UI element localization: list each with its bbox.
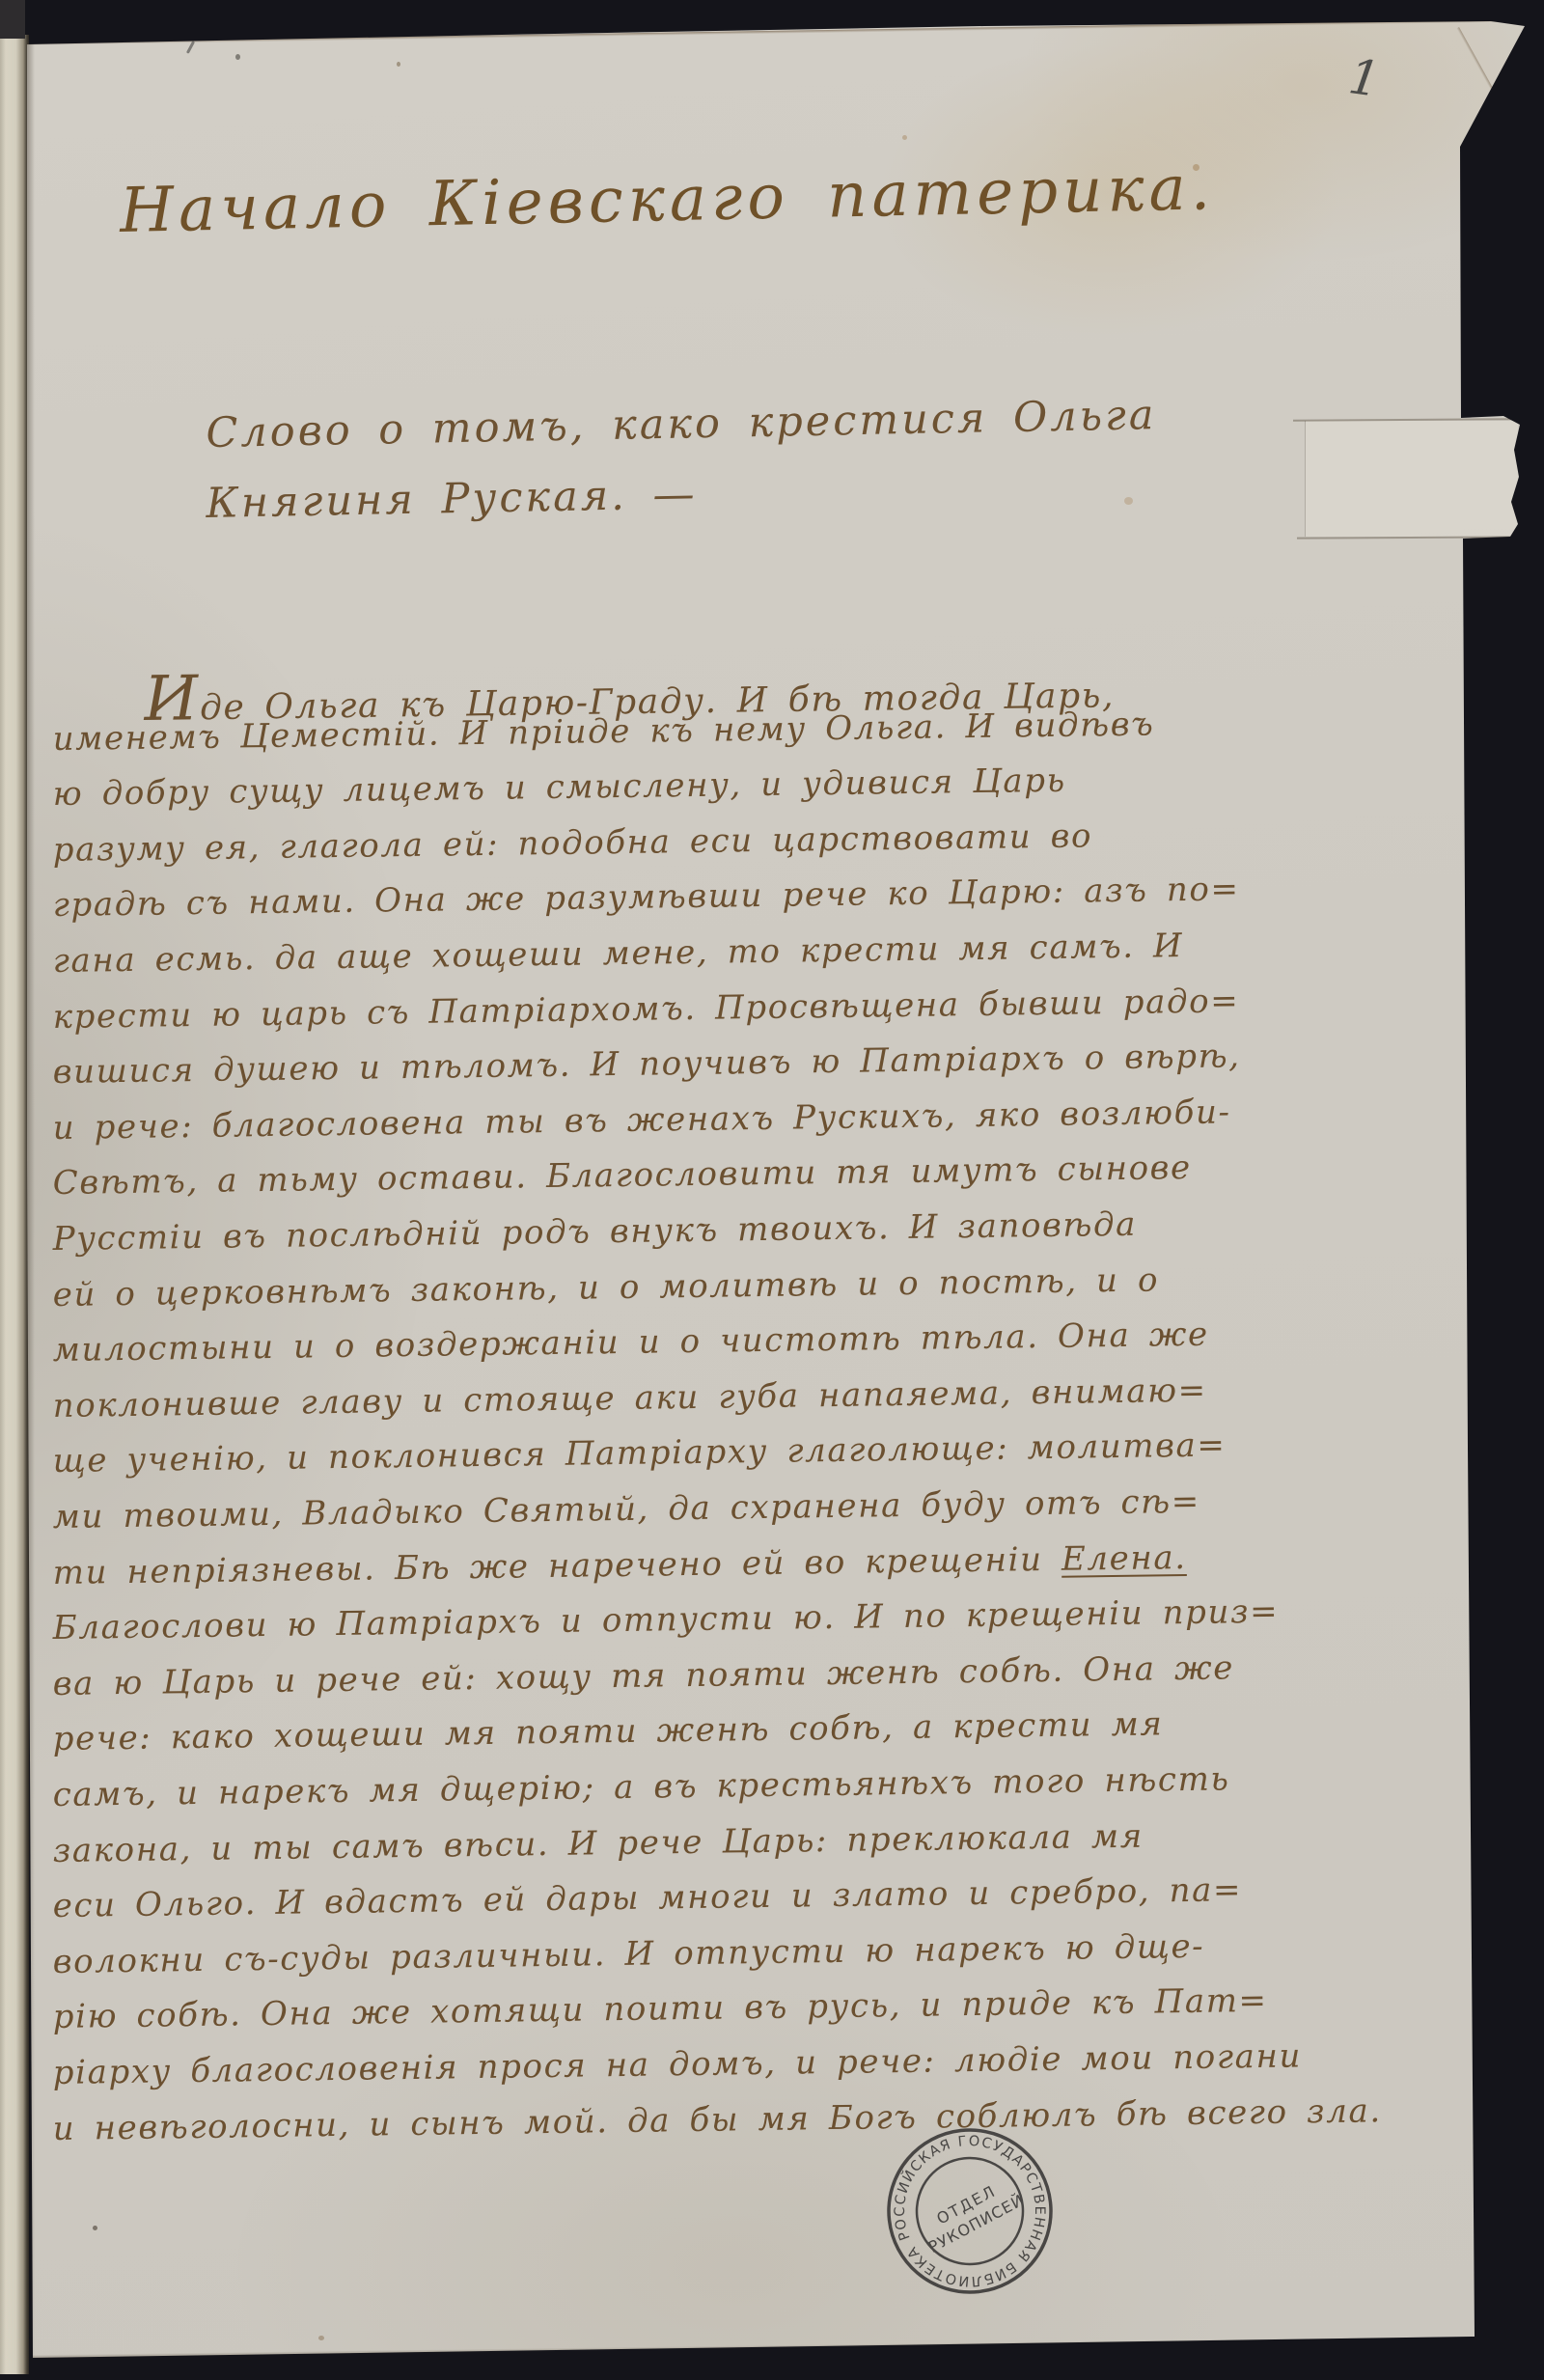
manuscript-line: и рече: благословена ты въ женахъ Руских… xyxy=(52,1093,1230,1148)
manuscript-line-segment: ріарху благословенія прося на домъ, и ре… xyxy=(52,2036,1302,2092)
manuscript-line-segment: Свѣтъ, а тьму остави. Благословити тя им… xyxy=(52,1148,1192,1203)
manuscript-line-segment: поклонивше главу и стояще аки губа напая… xyxy=(52,1371,1207,1425)
manuscript-line: еси Ольго. И вдастъ ей дары многи и злат… xyxy=(52,1870,1242,1925)
page-number: 1 xyxy=(1345,48,1384,108)
manuscript-line-segment: закона, и ты самъ вѣси. И рече Царь: пре… xyxy=(52,1816,1144,1869)
manuscript-line: рію собѣ. Она же хотящи поити въ русь, и… xyxy=(52,1981,1267,2036)
repair-tab-seam-left xyxy=(1305,421,1306,537)
manuscript-line: ва ю Царь и рече ей: хощу тя пояти женѣ … xyxy=(52,1648,1234,1703)
manuscript-line-segment: ва ю Царь и рече ей: хощу тя пояти женѣ … xyxy=(52,1648,1234,1703)
manuscript-line: рече: како хощеши мя пояти женѣ собѣ, а … xyxy=(52,1705,1163,1759)
manuscript-line: Свѣтъ, а тьму остави. Благословити тя им… xyxy=(52,1148,1192,1203)
manuscript-line: милостыни и о воздержаніи и о чистотѣ тѣ… xyxy=(52,1315,1209,1370)
page-bottom-edge xyxy=(29,2336,1476,2359)
manuscript-line-segment: и невѣголосни, и сынъ мой. да бы мя Богъ… xyxy=(52,2091,1382,2148)
manuscript-line-segment: самъ, и нарекъ мя дщерію; а въ крестьянѣ… xyxy=(52,1759,1229,1814)
manuscript-line: ти непріязневы. Бѣ же наречено ей во кре… xyxy=(52,1538,1186,1592)
book-gutter-leaf-edges xyxy=(0,35,29,2374)
manuscript-title: Начало Кіевскаго патерика. xyxy=(119,152,1215,247)
manuscript-line: крести ю царь съ Патріархомъ. Просвѣщена… xyxy=(52,982,1239,1037)
manuscript-line: разуму ея, глагола ей: подобна еси царст… xyxy=(52,816,1092,870)
manuscript-line-segment: милостыни и о воздержаніи и о чистотѣ тѣ… xyxy=(52,1315,1209,1370)
manuscript-line: ю добру сущу лицемъ и смыслену, и удивис… xyxy=(52,761,1066,814)
manuscript-page: 1 Начало Кіевскаго патерика. Слово о том… xyxy=(0,0,1544,2380)
manuscript-line: ріарху благословенія прося на домъ, и ре… xyxy=(52,2036,1302,2092)
ink-speck xyxy=(93,2226,97,2230)
manuscript-line: Русстіи въ послѣдній родъ внукъ твоихъ. … xyxy=(52,1205,1137,1259)
manuscript-line: поклонивше главу и стояще аки губа напая… xyxy=(52,1371,1207,1425)
page-top-edge xyxy=(27,19,1499,45)
manuscript-line-segment: вишися душею и тѣломъ. И поучивъ ю Патрі… xyxy=(52,1037,1240,1092)
manuscript-line-segment: ей о церковнѣмъ законѣ, и о молитвѣ и о … xyxy=(52,1260,1159,1315)
manuscript-line-segment: волокни съ-суды различныи. И отпусти ю н… xyxy=(52,1927,1204,1981)
gutter-shadow xyxy=(0,0,25,39)
manuscript-line: ще ученію, и поклонився Патріарху глагол… xyxy=(52,1426,1226,1481)
manuscript-line: ей о церковнѣмъ законѣ, и о молитвѣ и о … xyxy=(52,1260,1159,1315)
manuscript-line: и невѣголосни, и сынъ мой. да бы мя Богъ… xyxy=(52,2091,1382,2148)
manuscript-line-segment: разуму ея, глагола ей: подобна еси царст… xyxy=(52,816,1092,870)
manuscript-line-segment: ще ученію, и поклонився Патріарху глагол… xyxy=(52,1426,1226,1481)
manuscript-subtitle-line1: Слово о томъ, како крестися Ольга xyxy=(206,391,1157,457)
manuscript-line: ми твоими, Владыко Святый, да схранена б… xyxy=(52,1482,1200,1536)
repair-tab-seam-bottom xyxy=(1297,536,1517,539)
foxing-spot xyxy=(1193,164,1199,171)
page-corner-cut-edge xyxy=(1456,27,1529,155)
manuscript-subtitle-line2: Княгиня Руская. — xyxy=(206,470,698,528)
ink-speck xyxy=(397,62,400,67)
manuscript-line-segment: градѣ съ нами. Она же разумѣвши рече ко … xyxy=(52,871,1239,926)
manuscript-line: волокни съ-суды различныи. И отпусти ю н… xyxy=(52,1927,1204,1981)
manuscript-line: самъ, и нарекъ мя дщерію; а въ крестьянѣ… xyxy=(52,1759,1229,1814)
manuscript-line: вишися душею и тѣломъ. И поучивъ ю Патрі… xyxy=(52,1037,1240,1092)
manuscript-line-segment: Русстіи въ послѣдній родъ внукъ твоихъ. … xyxy=(52,1205,1137,1259)
manuscript-line-segment: рече: како хощеши мя пояти женѣ собѣ, а … xyxy=(52,1705,1163,1759)
foxing-spot xyxy=(1124,497,1133,505)
manuscript-line-segment: Елена. xyxy=(1061,1538,1187,1579)
manuscript-line-segment: рію собѣ. Она же хотящи поити въ русь, и… xyxy=(52,1981,1267,2036)
manuscript-line-segment: еси Ольго. И вдастъ ей дары многи и злат… xyxy=(52,1870,1242,1925)
foxing-spot xyxy=(902,135,907,140)
manuscript-line-segment: и рече: благословена ты въ женахъ Руских… xyxy=(52,1093,1230,1148)
manuscript-line-segment: гана есмь. да аще хощеши мене, то крести… xyxy=(52,927,1183,981)
manuscript-line: градѣ съ нами. Она же разумѣвши рече ко … xyxy=(52,871,1239,926)
manuscript-line-segment: ю добру сущу лицемъ и смыслену, и удивис… xyxy=(52,761,1066,814)
manuscript-line-segment: крести ю царь съ Патріархомъ. Просвѣщена… xyxy=(52,982,1239,1037)
scanned-manuscript-page: 1 Начало Кіевскаго патерика. Слово о том… xyxy=(0,0,1544,2380)
manuscript-line-segment: ти непріязневы. Бѣ же наречено ей во кре… xyxy=(52,1539,1061,1591)
manuscript-line: гана есмь. да аще хощеши мене, то крести… xyxy=(52,927,1183,981)
repair-tab xyxy=(1306,421,1518,537)
foxing-spot xyxy=(318,2336,324,2340)
manuscript-line: закона, и ты самъ вѣси. И рече Царь: пре… xyxy=(52,1816,1144,1869)
manuscript-line-segment: Благослови ю Патріархъ и отпусти ю. И по… xyxy=(52,1592,1279,1647)
ink-speck xyxy=(235,54,240,60)
manuscript-line: Благослови ю Патріархъ и отпусти ю. И по… xyxy=(52,1592,1279,1647)
manuscript-line-segment: ми твоими, Владыко Святый, да схранена б… xyxy=(52,1482,1200,1536)
